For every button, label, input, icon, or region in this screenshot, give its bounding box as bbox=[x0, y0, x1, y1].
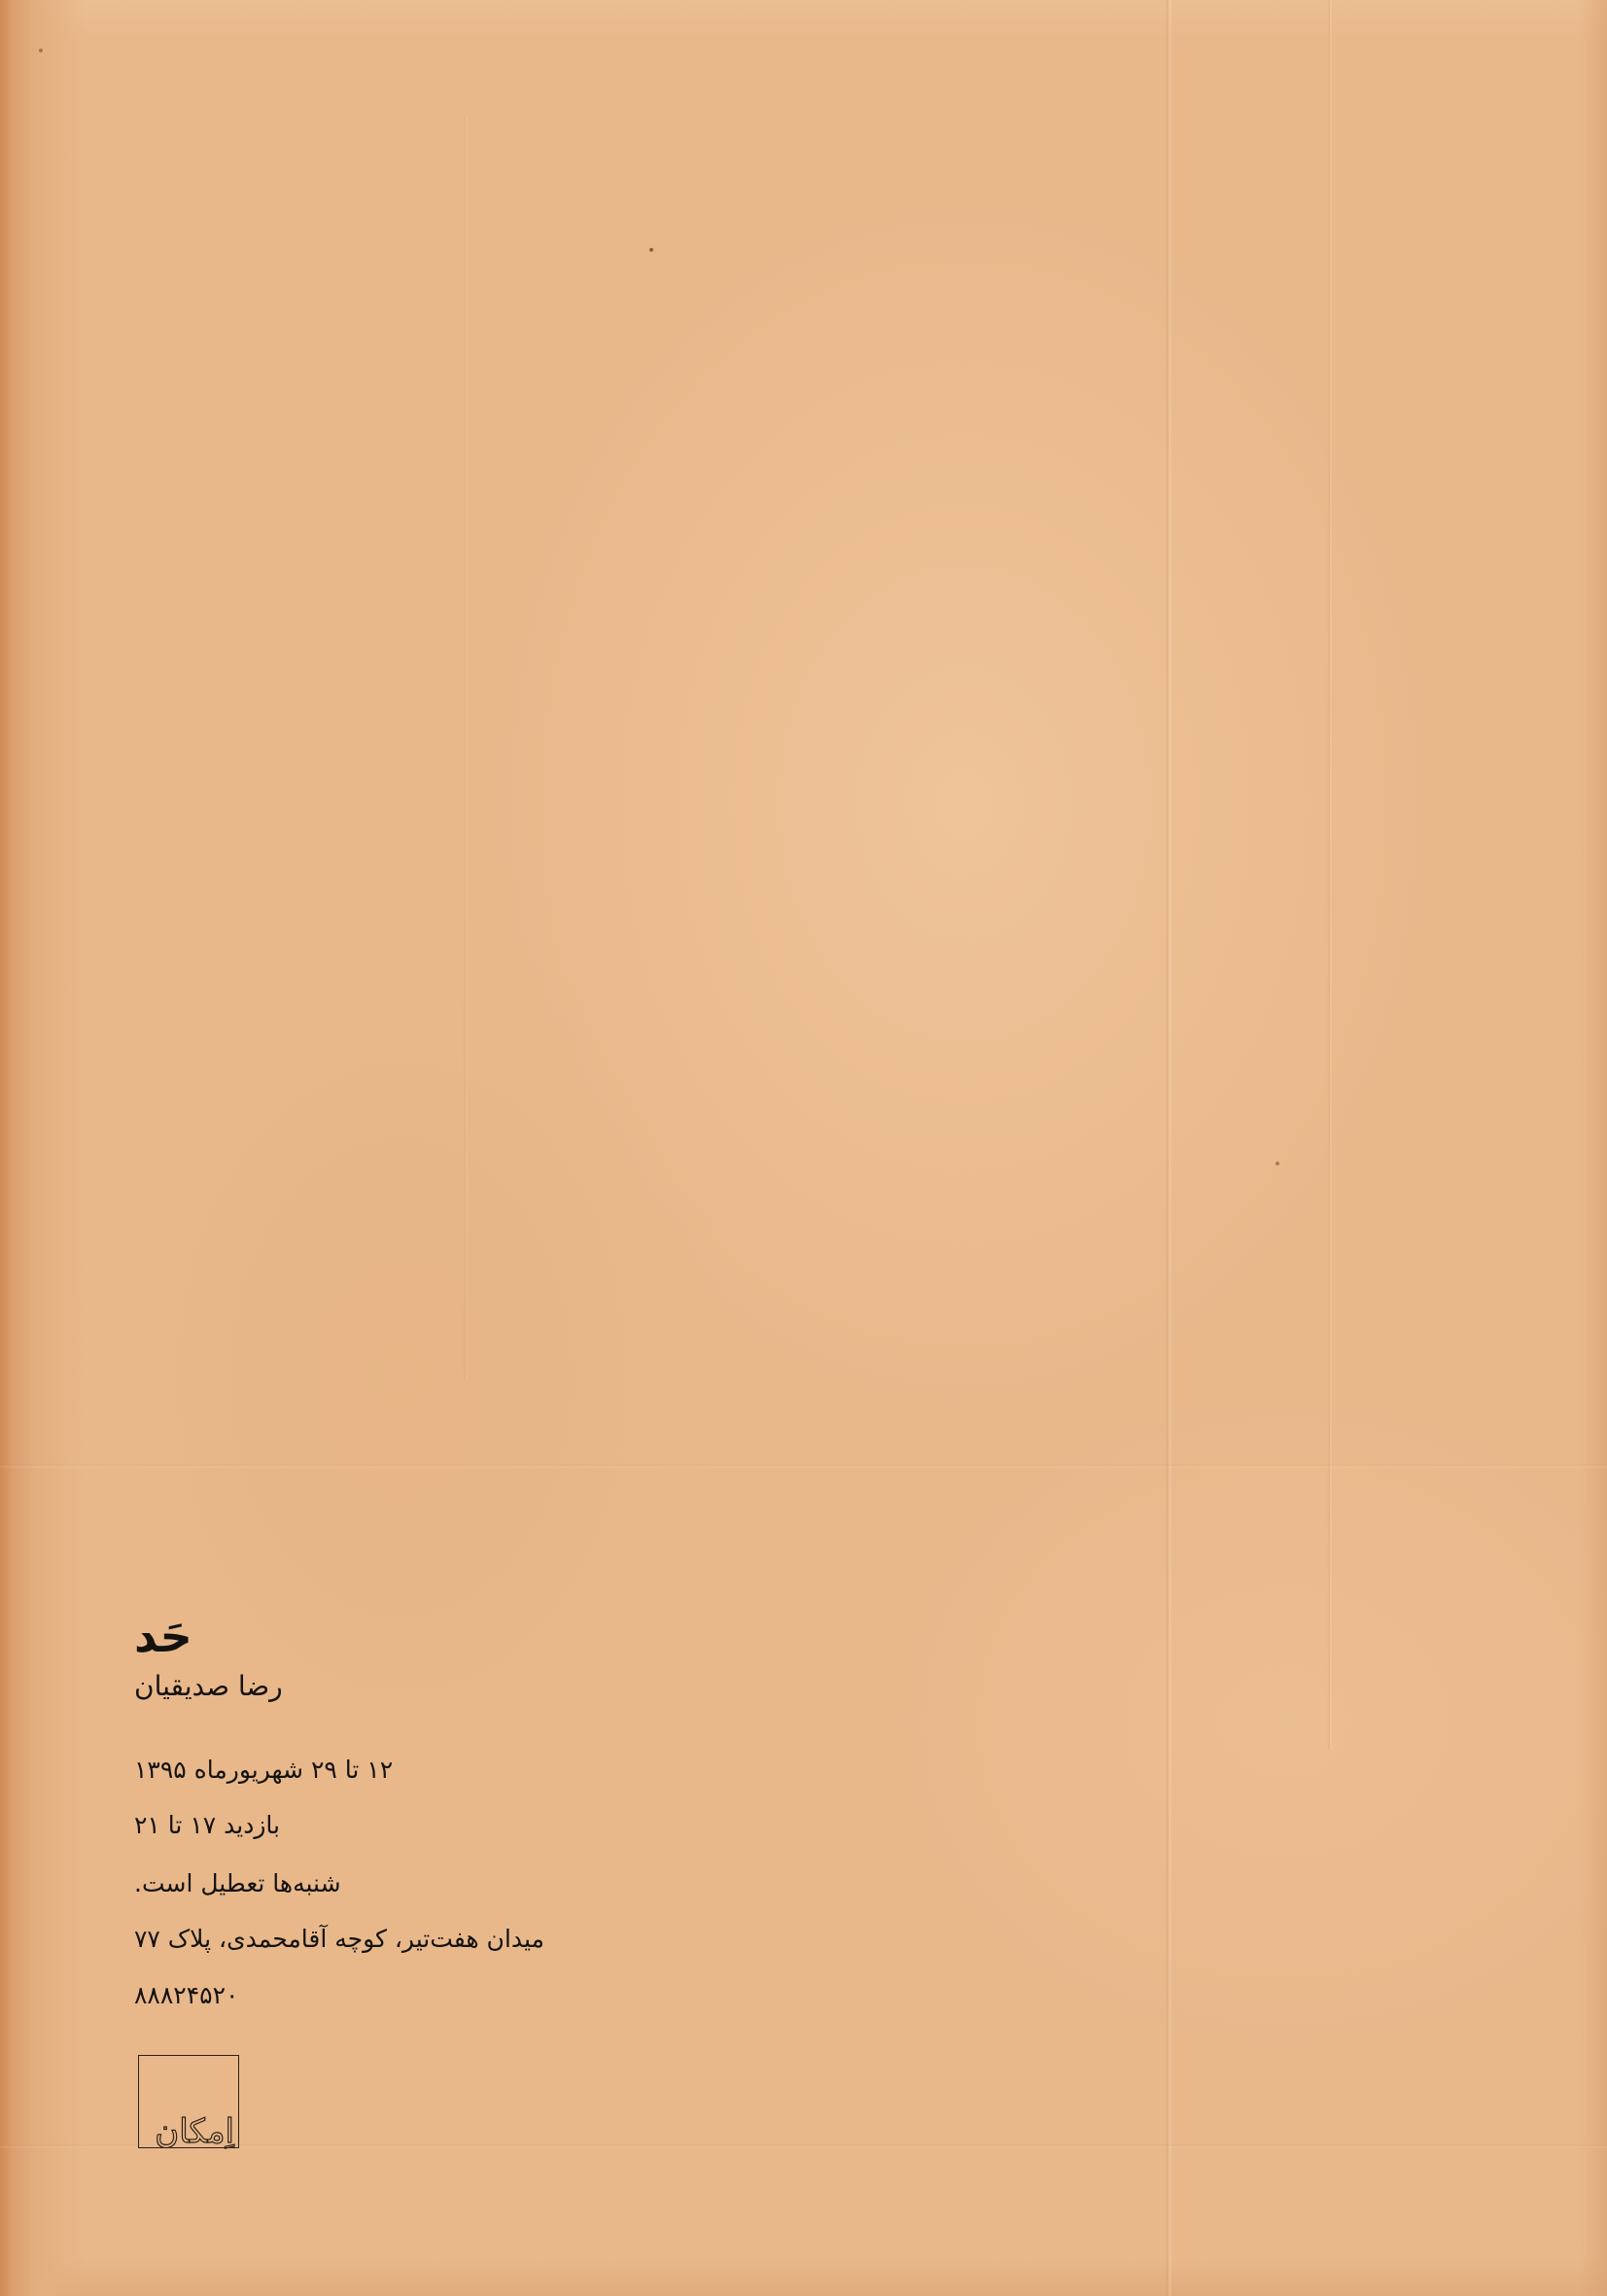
exhibition-dates: ۱۲ تا ۲۹ شهریورماه ۱۳۹۵ bbox=[134, 1753, 393, 1788]
paper-speck bbox=[649, 248, 653, 252]
gallery-logo-icon: اِمکان bbox=[138, 2055, 239, 2148]
gallery-address: میدان هفت‌تیر، کوچه آقامحمدی، پلاک ۷۷ bbox=[134, 1922, 544, 1957]
paper-speck bbox=[39, 49, 43, 52]
artist-name: رضا صدیقیان bbox=[134, 1667, 283, 1706]
paper-speck bbox=[1275, 1162, 1279, 1165]
gallery-logo-text: اِمکان bbox=[155, 2112, 234, 2151]
paper-crease bbox=[0, 1463, 1607, 1469]
paper-crease bbox=[463, 117, 469, 1380]
closed-notice: شنبه‌ها تعطیل است. bbox=[134, 1866, 341, 1901]
visiting-hours: بازدید ۱۷ تا ۲۱ bbox=[134, 1808, 280, 1843]
paper-crease bbox=[1327, 0, 1333, 1750]
paper-crease bbox=[1165, 0, 1172, 2296]
gallery-phone: ۸۸۸۲۴۵۲۰ bbox=[134, 1978, 238, 2013]
paper-crease bbox=[0, 2143, 1607, 2149]
poster: حَد رضا صدیقیان ۱۲ تا ۲۹ شهریورماه ۱۳۹۵ … bbox=[0, 0, 1607, 2296]
exhibition-title: حَد bbox=[134, 1609, 192, 1663]
